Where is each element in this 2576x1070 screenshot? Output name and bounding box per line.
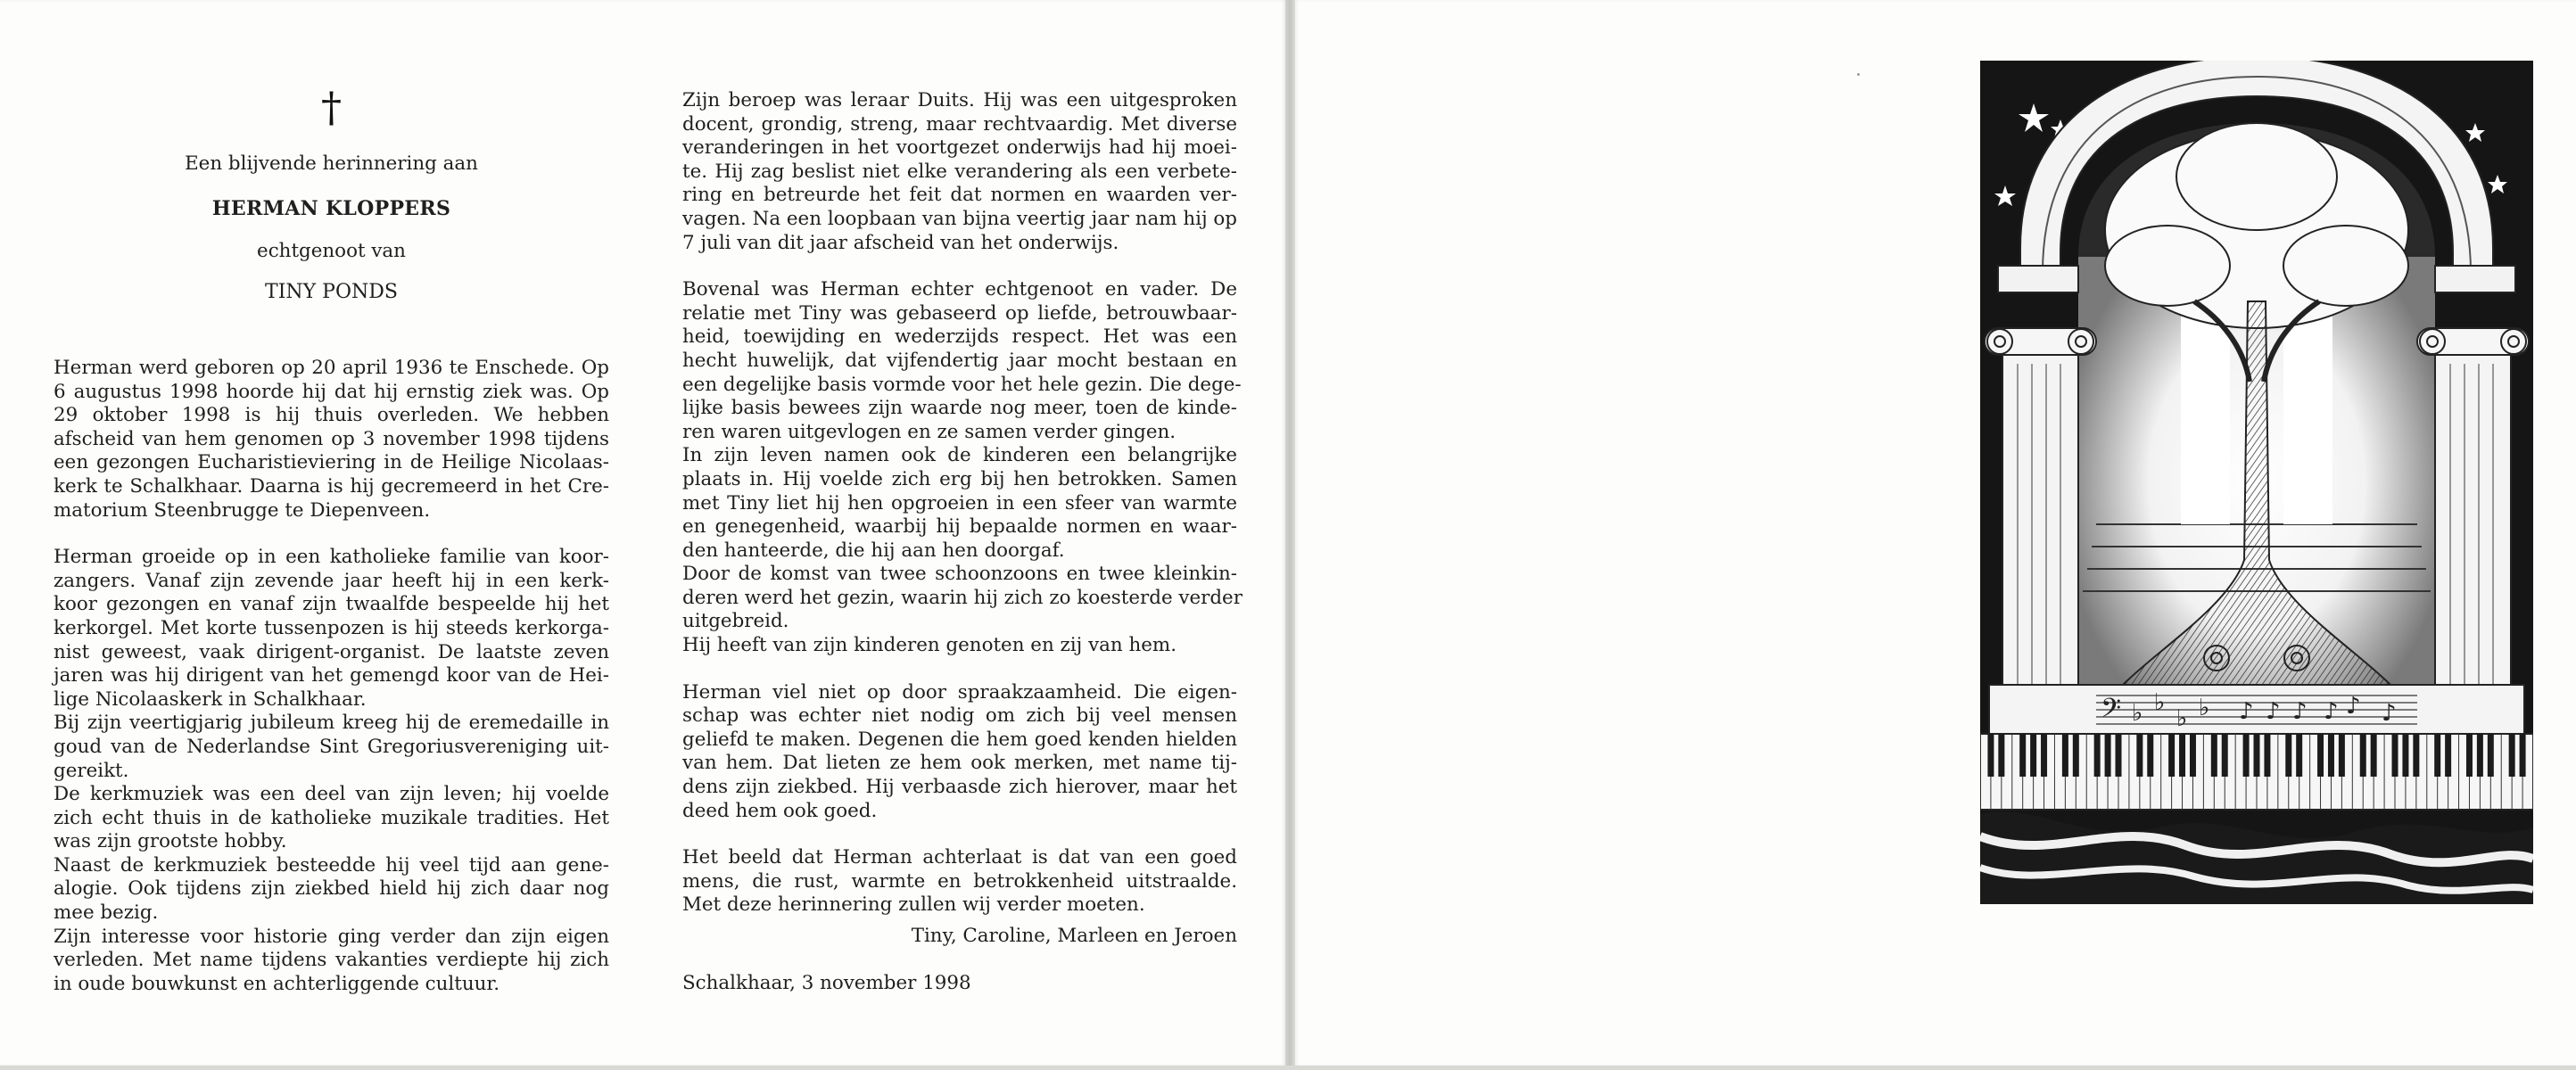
- text-line: Hij heeft van zijn kinderen genoten en z…: [682, 634, 1237, 658]
- text-line: ren waren uitgevlogen en ze samen verder…: [682, 421, 1237, 445]
- text-line: mens, die rust, warmte en betrokkenheid …: [682, 870, 1237, 894]
- paragraph: Naast de kerkmuziek besteedde hij veel t…: [54, 854, 609, 926]
- text-line: hecht huwelijk, dat vijfendertig jaar mo…: [682, 350, 1237, 374]
- text-line: zangers. Vanaf zijn zevende jaar heeft h…: [54, 570, 609, 594]
- text-line: kerkorgel. Met korte tussenpozen is hij …: [54, 617, 609, 641]
- paragraph: Bovenal was Herman echter echtgenoot en …: [682, 278, 1237, 444]
- paragraph: Door de komst van twee schoonzoons en tw…: [682, 563, 1237, 634]
- paragraph: Herman werd geboren op 20 april 1936 te …: [54, 357, 609, 523]
- memorial-card-text-spread: † Een blijvende herinnering aan HERMAN K…: [0, 0, 1285, 1066]
- text-line: een degelijke basis vormde voor het hele…: [682, 374, 1237, 398]
- text-line: deed hem ook goed.: [682, 800, 1237, 824]
- paper-bottom-edge: [0, 1066, 2576, 1070]
- svg-text:♪: ♪: [2239, 698, 2254, 725]
- text-line: Met deze herinnering zullen wij verder m…: [682, 893, 1237, 918]
- text-line: vagen. Na een loopbaan van bijna veertig…: [682, 208, 1237, 232]
- text-line: afscheid van hem genomen op 3 november 1…: [54, 428, 609, 452]
- paragraph: De kerkmuziek was een deel van zijn leve…: [54, 783, 609, 854]
- svg-text:♭: ♭: [2154, 689, 2165, 716]
- text-line: mee bezig.: [54, 901, 609, 926]
- svg-text:♪: ♪: [2382, 700, 2397, 727]
- paragraph: In zijn leven namen ook de kinderen een …: [682, 444, 1237, 563]
- relation-label: echtgenoot van: [54, 240, 609, 263]
- text-line: met Tiny liet hij hen opgroeien in een s…: [682, 492, 1237, 516]
- paragraph: Bij zijn veertigjarig jubileum kreeg hij…: [54, 712, 609, 783]
- svg-text:♪: ♪: [2292, 698, 2308, 725]
- biography-column-right: Zijn beroep was leraar Duits. Hij was ee…: [682, 89, 1237, 918]
- intro-text: Een blijvende herinnering aan: [54, 152, 609, 176]
- text-line: Bij zijn veertigjarig jubileum kreeg hij…: [54, 712, 609, 736]
- text-line: lijke basis bewees zijn waarde nog meer,…: [682, 397, 1237, 421]
- text-line: geliefd te maken. Degenen die hem goed k…: [682, 728, 1237, 753]
- paragraph: Het beeld dat Herman achterlaat is dat v…: [682, 846, 1237, 918]
- text-line: docent, grondig, streng, maar rechtvaard…: [682, 113, 1237, 137]
- text-line: veranderingen in het voortgezet onderwij…: [682, 136, 1237, 160]
- paragraph: Zijn beroep was leraar Duits. Hij was ee…: [682, 89, 1237, 255]
- text-line: goud van de Nederlandse Sint Gregoriusve…: [54, 736, 609, 760]
- text-line: ring en betreurde het feit dat normen en…: [682, 184, 1237, 208]
- text-line: kerk te Schalkhaar. Daarna is hij gecrem…: [54, 475, 609, 499]
- text-line: den hanteerde, die hij aan hen doorgaf.: [682, 539, 1237, 564]
- svg-text:♪: ♪: [2324, 698, 2339, 725]
- text-line: uitgebreid.: [682, 610, 1237, 634]
- text-line: koor gezongen en vanaf zijn twaalfde bes…: [54, 593, 609, 617]
- text-line: In zijn leven namen ook de kinderen een …: [682, 444, 1237, 468]
- place-and-date: Schalkhaar, 3 november 1998: [682, 972, 971, 994]
- text-line: schap was echter niet nodig om zich bij …: [682, 704, 1237, 728]
- text-line: Bovenal was Herman echter echtgenoot en …: [682, 278, 1237, 302]
- text-line: van hem. Dat lieten ze hem ook merken, m…: [682, 752, 1237, 776]
- ink-illustration-arch-tree: 𝄢 ♭♭♭♭ ♪♪♪ ♪♪♪: [1980, 61, 2533, 904]
- paragraph: Herman viel niet op door spraakzaamheid.…: [682, 681, 1237, 824]
- text-line: dens zijn ziekbed. Hij verbaasde zich hi…: [682, 776, 1237, 800]
- family-signature: Tiny, Caroline, Marleen en Jeroen: [682, 925, 1237, 947]
- illustration-drawing: 𝄢 ♭♭♭♭ ♪♪♪ ♪♪♪: [1980, 61, 2533, 904]
- text-line: lige Nicolaaskerk in Schalkhaar.: [54, 688, 609, 712]
- text-line: Herman werd geboren op 20 april 1936 te …: [54, 357, 609, 381]
- biography-column-left: Herman werd geboren op 20 april 1936 te …: [54, 357, 609, 996]
- svg-text:♭: ♭: [2199, 695, 2209, 721]
- svg-text:♭: ♭: [2176, 705, 2187, 732]
- paragraph: Zijn interesse voor historie ging verder…: [54, 926, 609, 997]
- spouse-name: TINY PONDS: [54, 281, 609, 304]
- text-line: De kerkmuziek was een deel van zijn leve…: [54, 783, 609, 807]
- text-line: deren werd het gezin, waarin hij zich zo…: [682, 587, 1237, 611]
- text-line: matorium Steenbrugge te Diepenveen.: [54, 499, 609, 523]
- text-line: alogie. Ook tijdens zijn ziekbed hield h…: [54, 877, 609, 901]
- text-line: en genegenheid, waarbij hij bepaalde nor…: [682, 515, 1237, 539]
- text-line: 6 augustus 1998 hoorde hij dat hij ernst…: [54, 381, 609, 405]
- text-line: Het beeld dat Herman achterlaat is dat v…: [682, 846, 1237, 870]
- svg-text:𝄢: 𝄢: [2101, 694, 2121, 730]
- text-line: een gezongen Eucharistieviering in de He…: [54, 451, 609, 475]
- paragraph: Hij heeft van zijn kinderen genoten en z…: [682, 634, 1237, 658]
- text-line: 29 oktober 1998 is hij thuis overleden. …: [54, 404, 609, 428]
- paper-speck: [1857, 73, 1860, 76]
- svg-text:♪: ♪: [2266, 698, 2281, 725]
- text-line: Herman groeide op in een katholieke fami…: [54, 546, 609, 570]
- svg-text:♪: ♪: [2346, 693, 2361, 720]
- card-fold-gap: [1285, 0, 1295, 1070]
- text-line: te. Hij zag beslist niet elke veranderin…: [682, 160, 1237, 185]
- deceased-name: HERMAN KLOPPERS: [54, 197, 609, 220]
- text-line: zich echt thuis in de katholieke muzikal…: [54, 807, 609, 831]
- text-line: Naast de kerkmuziek besteedde hij veel t…: [54, 854, 609, 878]
- text-line: jaren was hij dirigent van het gemengd k…: [54, 664, 609, 688]
- text-line: Zijn interesse voor historie ging verder…: [54, 926, 609, 950]
- text-line: 7 juli van dit jaar afscheid van het ond…: [682, 232, 1237, 256]
- text-line: plaats in. Hij voelde zich erg bij hen b…: [682, 468, 1237, 492]
- text-line: in oude bouwkunst en achterliggende cult…: [54, 973, 609, 997]
- svg-text:♭: ♭: [2132, 700, 2143, 727]
- text-line: Herman viel niet op door spraakzaamheid.…: [682, 681, 1237, 705]
- card-header: † Een blijvende herinnering aan HERMAN K…: [54, 85, 609, 304]
- text-line: was zijn grootste hobby.: [54, 830, 609, 854]
- text-line: Door de komst van twee schoonzoons en tw…: [682, 563, 1237, 587]
- paragraph: Herman groeide op in een katholieke fami…: [54, 546, 609, 712]
- text-line: heid, toewijding en wederzijds respect. …: [682, 325, 1237, 350]
- cross-icon: †: [54, 85, 609, 138]
- text-line: gereikt.: [54, 760, 609, 784]
- text-line: Zijn beroep was leraar Duits. Hij was ee…: [682, 89, 1237, 113]
- text-line: nist geweest, vaak dirigent-organist. De…: [54, 641, 609, 665]
- text-line: relatie met Tiny was gebaseerd op liefde…: [682, 302, 1237, 326]
- text-line: verleden. Met name tijdens vakanties ver…: [54, 949, 609, 973]
